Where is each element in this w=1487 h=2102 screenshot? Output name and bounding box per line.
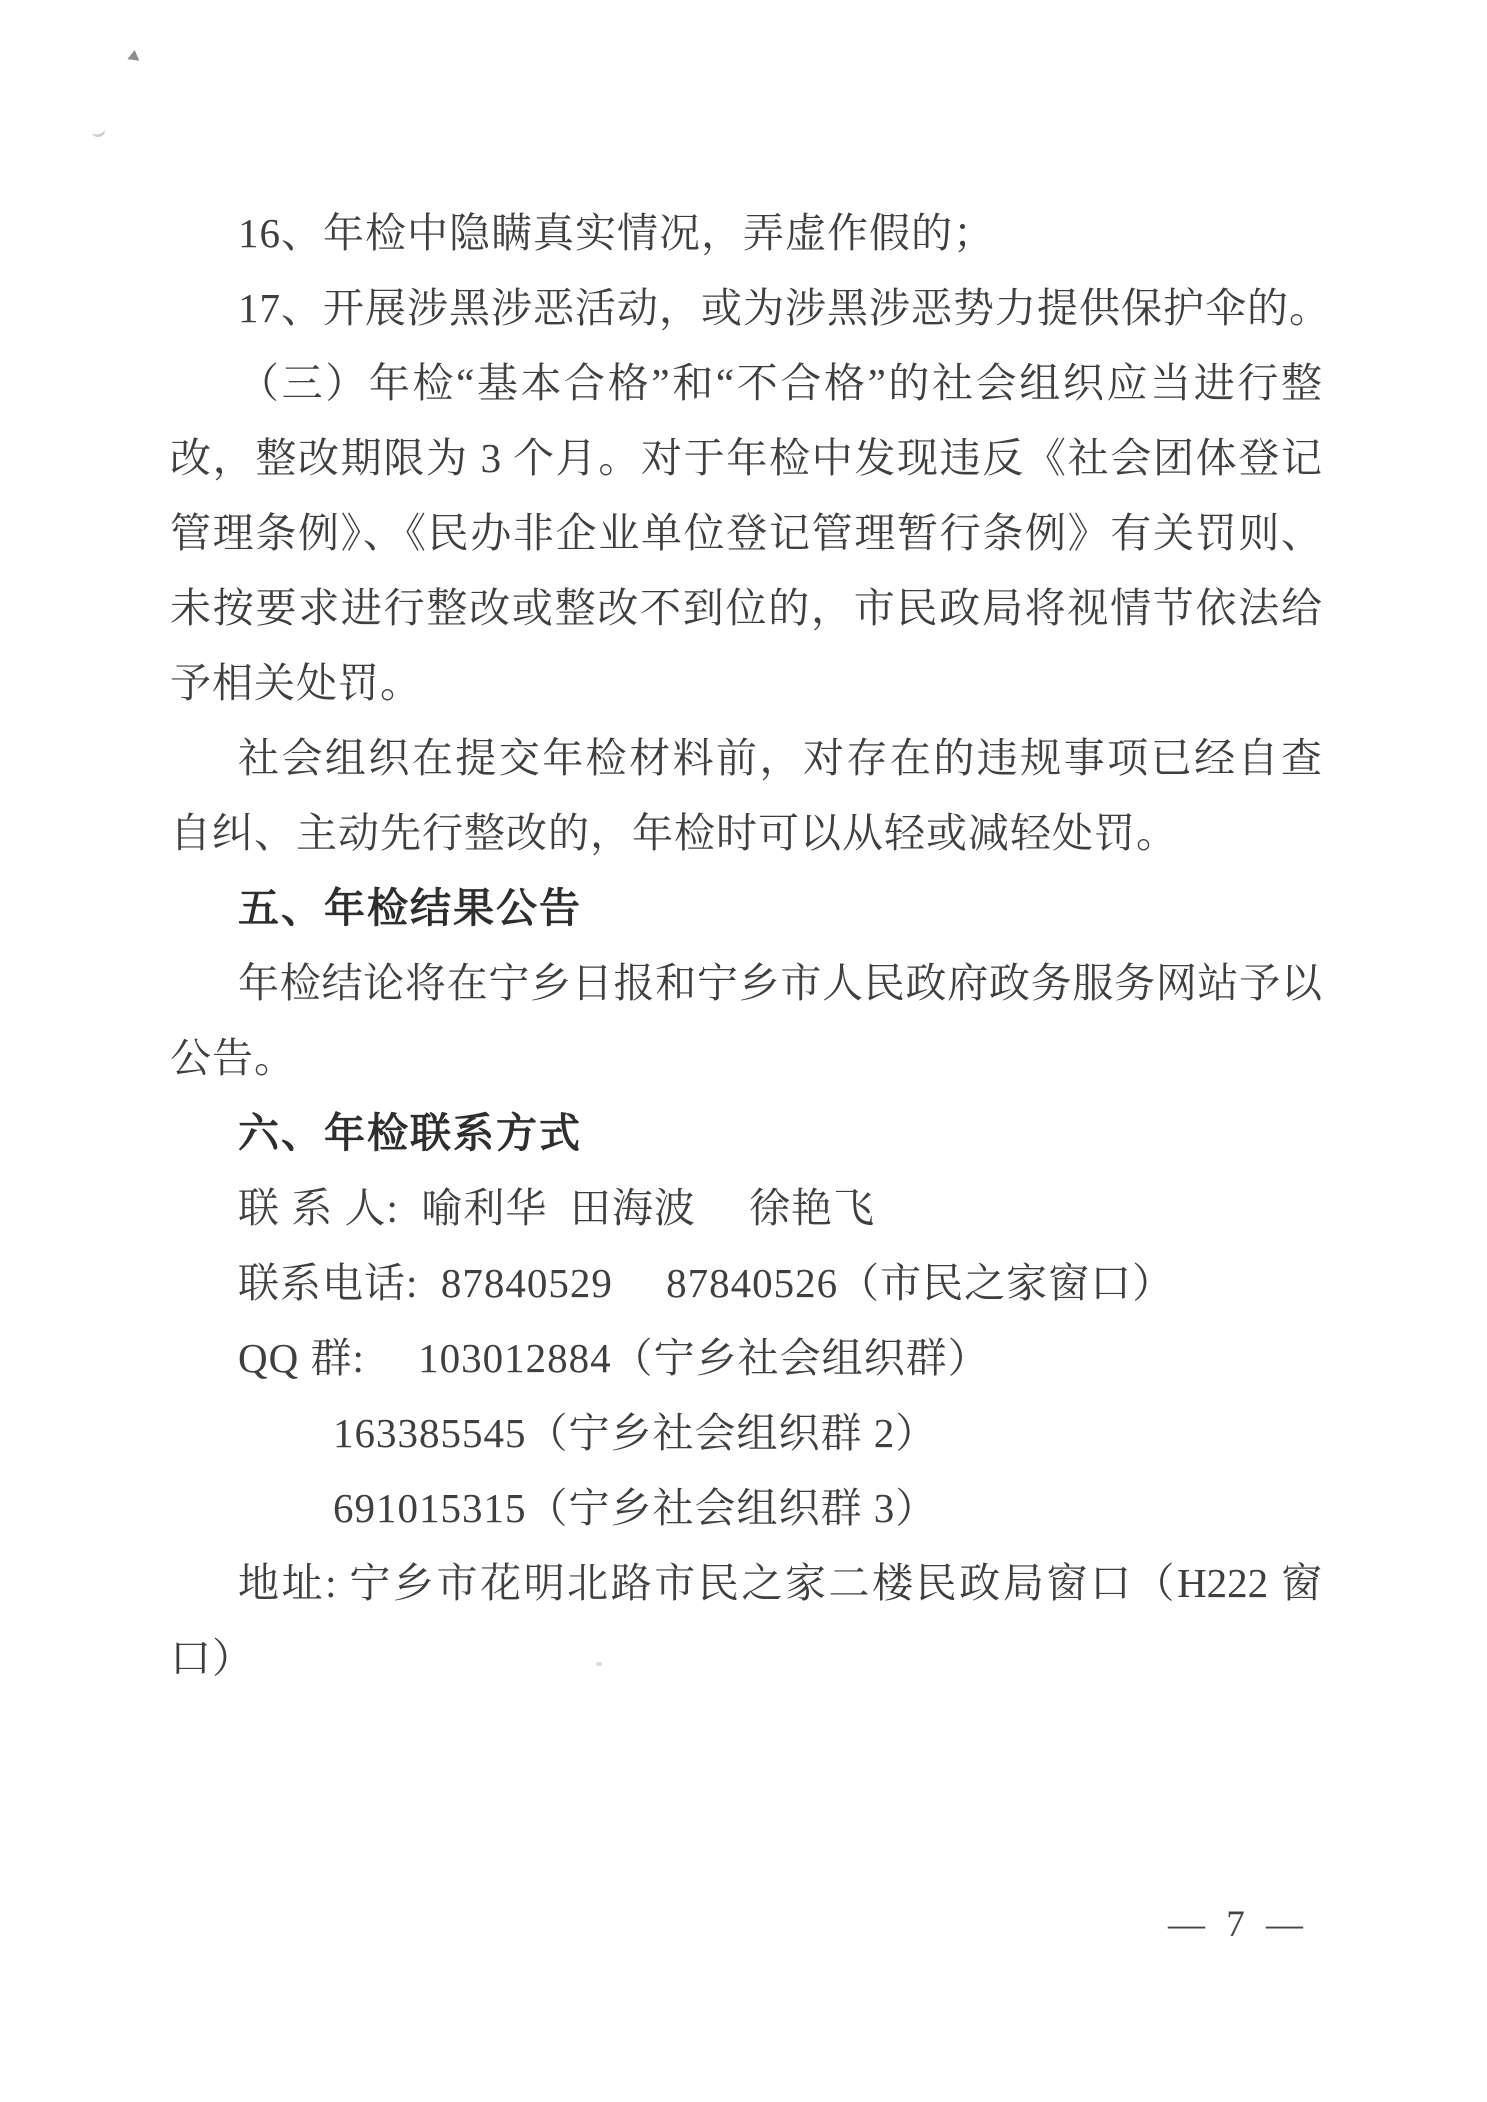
contact-person-line: 联 系 人: 喻利华 田海波 徐艳飞 xyxy=(170,1171,1322,1246)
para-rectify-line-3: 管理条例》、《民办非企业单位登记管理暂行条例》有关罚则、 xyxy=(170,496,1322,571)
para-rectify-line-2: 改，整改期限为 3 个月。对于年检中发现违反《社会团体登记 xyxy=(170,421,1322,496)
scan-artifact-speck xyxy=(91,128,106,138)
para-announce-line-1: 年检结论将在宁乡日报和宁乡市人民政府政务服务网站予以 xyxy=(170,946,1322,1021)
para-rectify-line-1: （三）年检“基本合格”和“不合格”的社会组织应当进行整 xyxy=(170,346,1322,421)
list-item-17: 17、开展涉黑涉恶活动，或为涉黑涉恶势力提供保护伞的。 xyxy=(170,271,1322,346)
section-6-heading: 六、年检联系方式 xyxy=(170,1096,1322,1171)
qq-group-line-1: QQ 群: 103012884（宁乡社会组织群） xyxy=(170,1321,1322,1396)
para-selfcheck-line-2: 自纠、主动先行整改的，年检时可以从轻或减轻处罚。 xyxy=(170,796,1322,871)
address-line-2: 口） xyxy=(170,1621,1322,1696)
qq-group-line-2: 163385545（宁乡社会组织群 2） xyxy=(170,1396,1322,1471)
document-body: 16、年检中隐瞒真实情况，弄虚作假的； 17、开展涉黑涉恶活动，或为涉黑涉恶势力… xyxy=(170,196,1322,1696)
qq-group-line-3: 691015315（宁乡社会组织群 3） xyxy=(170,1471,1322,1546)
page-number: — 7 — xyxy=(1168,1903,1309,1947)
contact-phone-line: 联系电话: 87840529 87840526（市民之家窗口） xyxy=(170,1246,1322,1321)
section-5-heading: 五、年检结果公告 xyxy=(170,871,1322,946)
para-selfcheck-line-1: 社会组织在提交年检材料前，对存在的违规事项已经自查 xyxy=(170,721,1322,796)
para-rectify-line-4: 未按要求进行整改或整改不到位的，市民政局将视情节依法给 xyxy=(170,571,1322,646)
para-rectify-line-5: 予相关处罚。 xyxy=(170,646,1322,721)
address-line-1: 地址: 宁乡市花明北路市民之家二楼民政局窗口（H222 窗 xyxy=(170,1546,1322,1621)
list-item-16: 16、年检中隐瞒真实情况，弄虚作假的； xyxy=(170,196,1322,271)
scan-artifact-speck xyxy=(127,49,140,61)
para-announce-line-2: 公告。 xyxy=(170,1021,1322,1096)
scanned-document-page: 16、年检中隐瞒真实情况，弄虚作假的； 17、开展涉黑涉恶活动，或为涉黑涉恶势力… xyxy=(0,0,1487,2102)
